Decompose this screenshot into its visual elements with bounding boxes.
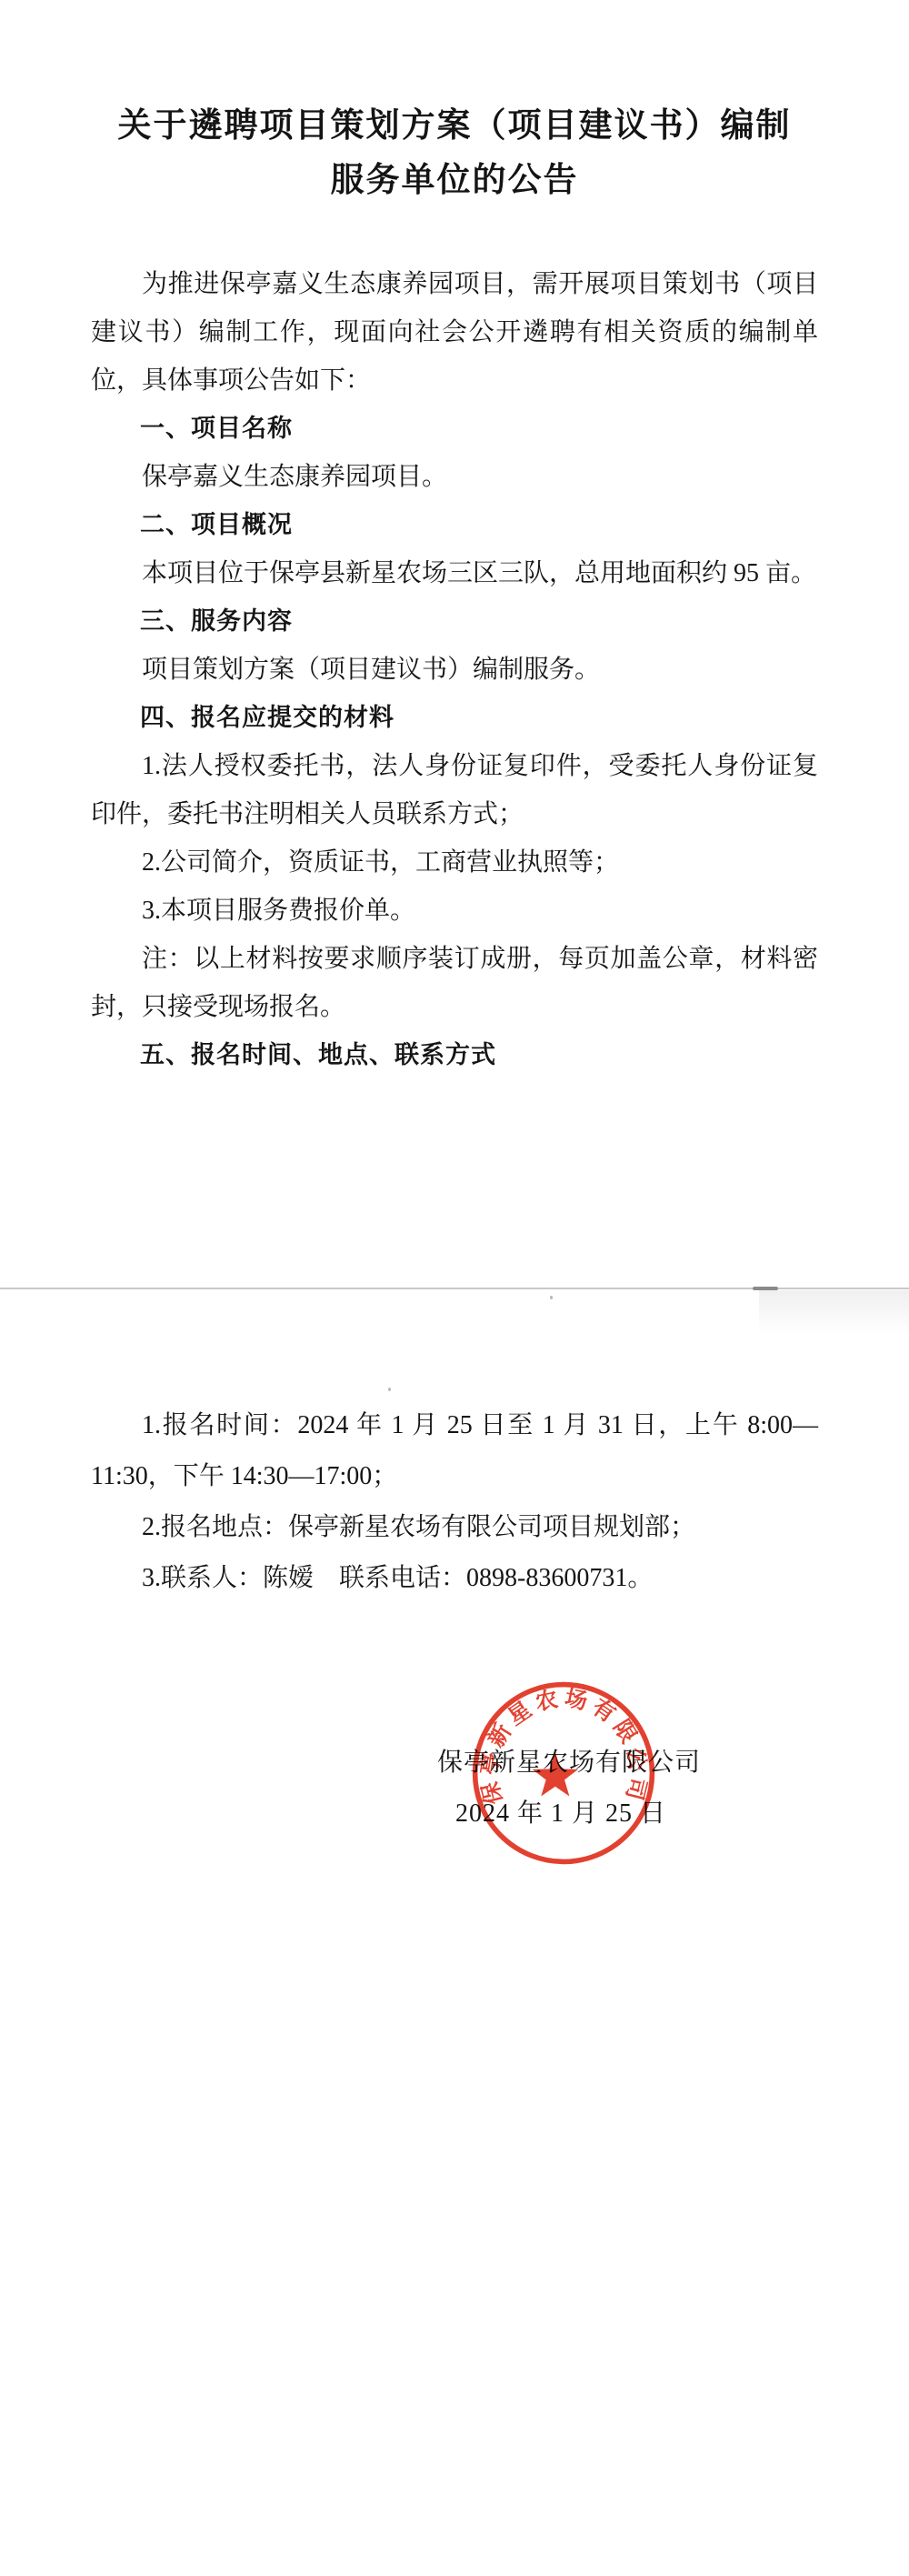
scan-speck [388, 1388, 391, 1391]
page2-body: 1.报名时间：2024 年 1 月 25 日至 1 月 31 日，上午 8:00… [91, 1400, 818, 1604]
section-4-heading: 四、报名应提交的材料 [91, 694, 818, 742]
section-4-item-3: 3.本项目服务费报价单。 [91, 887, 818, 935]
section-1-body: 保亭嘉义生态康养园项目。 [91, 453, 818, 501]
registration-place-item: 2.报名地点：保亭新星农场有限公司项目规划部； [91, 1502, 818, 1553]
intro-paragraph: 为推进保亭嘉义生态康养园项目，需开展项目策划书（项目建议书）编制工作，现面向社会… [91, 260, 818, 405]
section-3-body: 项目策划方案（项目建议书）编制服务。 [91, 646, 818, 694]
section-2-heading: 二、项目概况 [91, 501, 818, 549]
contact-item: 3.联系人：陈嫒 联系电话：0898-83600731。 [91, 1553, 818, 1604]
document-page: 关于遴聘项目策划方案（项目建议书）编制 服务单位的公告 为推进保亭嘉义生态康养园… [0, 0, 909, 2576]
scan-shadow-artifact [759, 1290, 909, 1334]
title-line-1: 关于遴聘项目策划方案（项目建议书）编制 [0, 98, 909, 153]
scan-speck [550, 1296, 553, 1299]
document-title: 关于遴聘项目策划方案（项目建议书）编制 服务单位的公告 [0, 98, 909, 207]
section-4-note: 注：以上材料按要求顺序装订成册，每页加盖公章，材料密封，只接受现场报名。 [91, 935, 818, 1031]
section-2-body: 本项目位于保亭县新星农场三区三队，总用地面积约 95 亩。 [91, 549, 818, 597]
signature-company: 保亭新星农场有限公司 [437, 1742, 701, 1779]
section-4-item-1: 1.法人授权委托书，法人身份证复印件，受委托人身份证复印件，委托书注明相关人员联… [91, 742, 818, 838]
section-1-heading: 一、项目名称 [91, 405, 818, 453]
title-line-2: 服务单位的公告 [0, 153, 909, 207]
section-5-heading: 五、报名时间、地点、联系方式 [91, 1031, 818, 1079]
registration-time-item: 1.报名时间：2024 年 1 月 25 日至 1 月 31 日，上午 8:00… [91, 1400, 818, 1502]
page1-body: 为推进保亭嘉义生态康养园项目，需开展项目策划书（项目建议书）编制工作，现面向社会… [91, 260, 818, 1079]
section-3-heading: 三、服务内容 [91, 597, 818, 646]
signature-date: 2024 年 1 月 25 日 [455, 1793, 666, 1829]
section-4-item-2: 2.公司简介，资质证书，工商营业执照等； [91, 838, 818, 887]
